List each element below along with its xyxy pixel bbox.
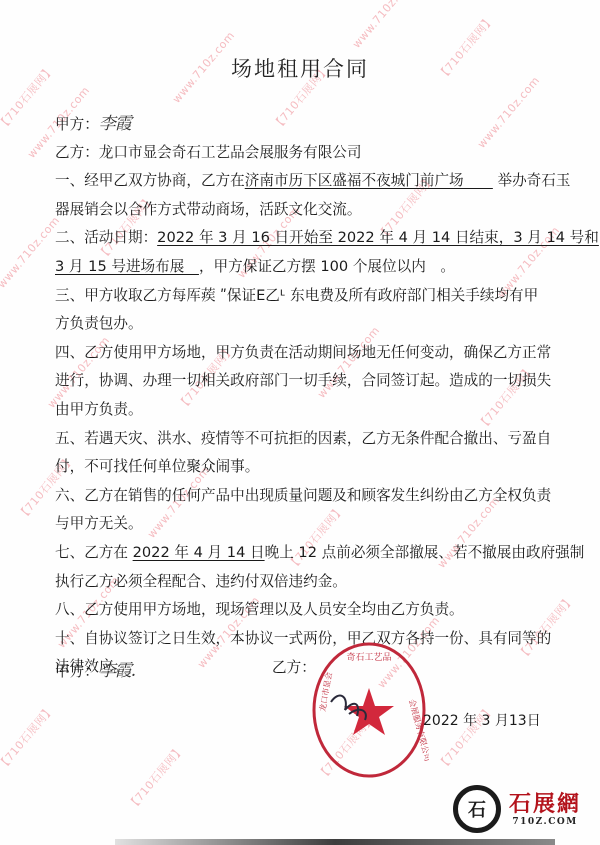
clause-text: 二、活动日期： bbox=[55, 229, 157, 246]
signing-date: 2022 年 3 月13日 bbox=[423, 710, 541, 730]
clause-text: 四、乙方使用甲方场地，甲方负责在活动期间场地无任何变动，确保乙方正常 bbox=[55, 344, 551, 361]
site-logo: 石 石展網 710Z.COM bbox=[453, 785, 581, 833]
clause-text: 晚上 12 点前必须全部撤展、若不撤展由政府强制 bbox=[265, 544, 585, 561]
watermark: www.710z.com bbox=[0, 214, 62, 291]
clause-text: 器展销会以合作方式带动商场，活跃文化交流。 bbox=[55, 201, 361, 218]
scan-edge-shadow bbox=[115, 839, 555, 845]
clause-3-line: 方负责包办。 bbox=[55, 310, 555, 339]
clause-3-line: 三、甲方收取乙方每厍蒺 ʺ保证E乙ᒻ 东电费及所有政府部门相关手续均有甲 bbox=[55, 282, 555, 311]
watermark: www.710z.com bbox=[350, 0, 417, 51]
company-seal-stamp: 奇石工艺品 龙口市显会 会展服务有限公司 bbox=[309, 640, 429, 780]
watermark: 【710石展网】 bbox=[0, 702, 58, 774]
clause-1-line: 一、经甲乙双方协商，乙方在济南市历下区盛福不夜城门前广场 举办奇石玉 bbox=[55, 167, 555, 196]
underlined-fill-in: 2022 年 4 月 14 日 bbox=[133, 544, 265, 561]
signature-party-a: 甲方：李霞. bbox=[55, 656, 135, 681]
logo-name: 石展網 bbox=[509, 791, 581, 817]
party-a-label: 甲方： bbox=[55, 116, 99, 133]
clause-5-line: 付，不可找任何单位聚众闹事。 bbox=[55, 453, 555, 482]
clause-7-line: 执行乙方必须全程配合、违约付双倍违约金。 bbox=[55, 568, 555, 597]
clause-text: 三、甲方收取乙方每厍蒺 ʺ保证E乙ᒻ 东电费及所有政府部门相关手续均有甲 bbox=[55, 287, 538, 304]
clause-text: 八、乙方使用甲方场地，现场管理以及人员安全均由乙方负责。 bbox=[55, 601, 464, 618]
clause-4-line: 进行，协调、办理一切相关政府部门一切手续，合同签订起。造成的一切损失 bbox=[55, 367, 555, 396]
logo-text: 石展網 710Z.COM bbox=[509, 791, 581, 827]
clause-text: 五、若遇天灾、洪水、疫情等不可抗拒的因素，乙方无条件配合撤出、亏盈自 bbox=[55, 430, 551, 447]
clause-text: ，甲方保证乙方摆 100 个展位以内 。 bbox=[199, 258, 455, 275]
clause-6-line: 与甲方无关。 bbox=[55, 510, 555, 539]
logo-icon: 石 bbox=[453, 785, 501, 833]
clause-4-line: 四、乙方使用甲方场地，甲方负责在活动期间场地无任何变动，确保乙方正常 bbox=[55, 339, 555, 368]
clause-10-line: 十、自协议签订之日生效，本协议一式两份，甲乙双方各持一份、具有同等的 bbox=[55, 625, 555, 654]
document-title: 场地租用合同 bbox=[0, 53, 600, 83]
contract-page: www.710z.com www.710z.com www.710z.com 【… bbox=[0, 0, 600, 845]
clause-text: 与甲方无关。 bbox=[55, 515, 143, 532]
clause-text: 一、经甲乙双方协商，乙方在 bbox=[55, 172, 245, 189]
clause-list: 一、经甲乙双方协商，乙方在济南市历下区盛福不夜城门前广场 举办奇石玉器展销会以合… bbox=[55, 167, 555, 682]
clause-text: 六、乙方在销售的任何产品中出现质量问题及和顾客发生纠纷由乙方全权负责 bbox=[55, 487, 551, 504]
watermark: 【710石展网】 bbox=[124, 742, 188, 814]
logo-domain: 710Z.COM bbox=[512, 817, 577, 827]
underlined-fill-in: 济南市历下区盛福不夜城门前广场 bbox=[245, 172, 493, 189]
underlined-fill-in: 3 月 15 号进场布展 bbox=[55, 258, 199, 275]
clause-text: 十、自协议签订之日生效，本协议一式两份，甲乙双方各持一份、具有同等的 bbox=[55, 630, 551, 647]
party-a-sign-label: 甲方： bbox=[55, 663, 99, 680]
svg-text:奇石工艺品: 奇石工艺品 bbox=[346, 651, 391, 663]
party-a-line: 甲方：李霞 bbox=[55, 110, 555, 139]
clause-text: 方负责包办。 bbox=[55, 315, 143, 332]
party-a-handwritten-signature: 李霞 bbox=[99, 114, 131, 134]
underlined-fill-in: 2022 年 3 月 16 日开始至 2022 年 4 月 14 日结束，3 月… bbox=[157, 229, 599, 246]
clause-1-line: 器展销会以合作方式带动商场，活跃文化交流。 bbox=[55, 196, 555, 225]
party-b-line: 乙方：龙口市显会奇石工艺品会展服务有限公司 bbox=[55, 139, 555, 168]
clause-text: 由甲方负责。 bbox=[55, 401, 143, 418]
clause-8-line: 八、乙方使用甲方场地，现场管理以及人员安全均由乙方负责。 bbox=[55, 596, 555, 625]
clause-text: 举办奇石玉 bbox=[493, 172, 571, 189]
seal-icon: 奇石工艺品 龙口市显会 会展服务有限公司 bbox=[309, 640, 429, 780]
clause-4-line: 由甲方负责。 bbox=[55, 396, 555, 425]
clause-2-line: 二、活动日期：2022 年 3 月 16 日开始至 2022 年 4 月 14 … bbox=[55, 224, 555, 253]
contract-body: 甲方：李霞 乙方：龙口市显会奇石工艺品会展服务有限公司 一、经甲乙双方协商，乙方… bbox=[55, 110, 555, 682]
clause-text: 付，不可找任何单位聚众闹事。 bbox=[55, 458, 259, 475]
clause-text: 执行乙方必须全程配合、违约付双倍违约金。 bbox=[55, 573, 347, 590]
clause-6-line: 六、乙方在销售的任何产品中出现质量问题及和顾客发生纠纷由乙方全权负责 bbox=[55, 482, 555, 511]
clause-text: 七、乙方在 bbox=[55, 544, 133, 561]
clause-text: 进行，协调、办理一切相关政府部门一切手续，合同签订起。造成的一切损失 bbox=[55, 372, 551, 389]
clause-7-line: 七、乙方在 2022 年 4 月 14 日晚上 12 点前必须全部撤展、若不撤展… bbox=[55, 539, 555, 568]
party-a-sign-signature: 李霞. bbox=[99, 661, 135, 681]
clause-2-line: 3 月 15 号进场布展 ，甲方保证乙方摆 100 个展位以内 。 bbox=[55, 253, 555, 282]
clause-5-line: 五、若遇天灾、洪水、疫情等不可抗拒的因素，乙方无条件配合撤出、亏盈自 bbox=[55, 425, 555, 454]
